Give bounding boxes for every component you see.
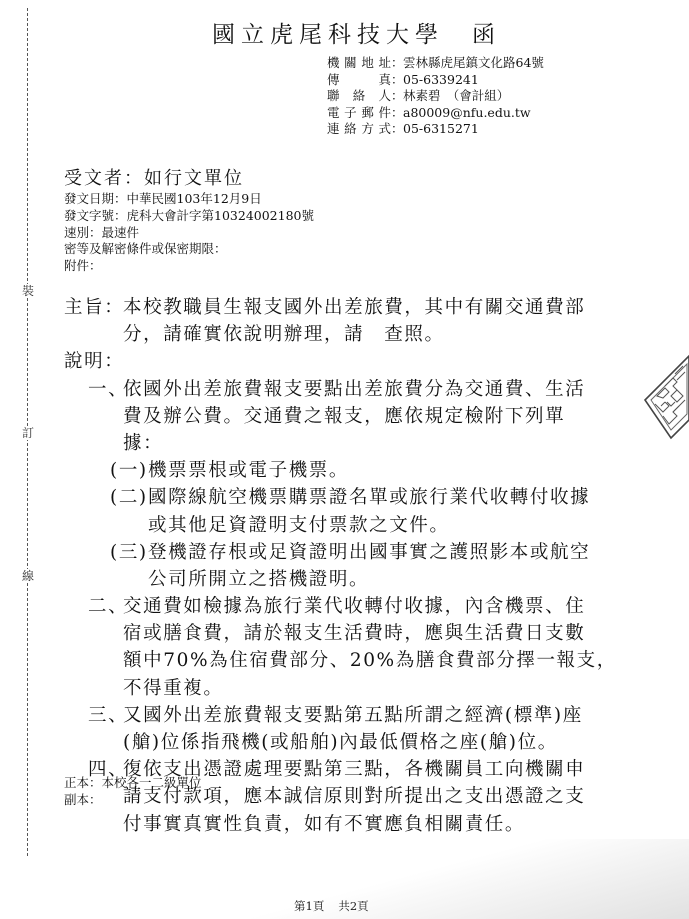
meta-speed: 速別：最速件 [64,225,314,242]
contact-label: 機關地址 [327,55,391,72]
explanation-label: 說明： [64,348,124,375]
meta-attachment: 附件： [64,258,314,275]
item-text: (艙)位係指飛機(或船舶)內最低價格之座(艙)位。 [123,729,558,756]
seal-stamp-icon [641,350,689,442]
subitem-text: 公司所開立之搭機證明。 [148,566,369,593]
meta-label: 發文字號： [64,208,127,223]
binding-mark-xian: 線 [20,569,36,583]
item-text: 依國外出差旅費報支要點出差旅費分為交通費、生活 [123,376,585,403]
meta-label: 速別： [64,225,102,240]
page-number: 第1頁 [294,899,324,913]
subject-text: 分，請確實依說明辦理，請 查照。 [123,321,445,348]
meta-value: 最速件 [102,225,140,240]
meta-value: 中華民國103年12月9日 [127,191,262,206]
recipient: 受文者：如行文單位 [64,164,244,190]
binding-mark-zhuang: 裝 [20,284,36,298]
contact-row-fax: 傳 真：05-6339241 [327,72,544,89]
meta-label: 附件： [64,258,102,273]
contact-row-person: 聯 絡 人：林素碧 （會計組） [327,88,544,105]
item-text: 據： [123,430,163,457]
meta-value: 虎科大會計字第10324002180號 [127,208,314,223]
contact-label: 連絡方式 [327,121,391,138]
duplicate-copy: 副本： [64,791,202,808]
item-text: 又國外出差旅費報支要點第五點所謂之經濟(標準)座 [123,702,583,729]
subitem-text: 或其他足資證明支付票款之文件。 [148,512,450,539]
subitem-text: 登機證存根或足資證明出國事實之護照影本或航空 [148,539,590,566]
recipient-value: 如行文單位 [144,168,244,189]
contact-label: 電子郵件 [327,105,391,122]
subitem-marker: (一) [110,457,148,484]
contact-value: 林素碧 （會計組） [403,88,509,105]
subitem-text: 機票票根或電子機票。 [148,457,349,484]
subitem-marker: (二) [110,484,148,511]
subitem-marker: (三) [110,539,148,566]
contact-value: 05-6315271 [403,121,479,138]
contact-label: 傳 真 [327,72,391,89]
item-text: 宿或膳食費，請於報支生活費時，應與生活費日支數 [123,620,585,647]
original-copy: 正本：本校各一二級單位 [64,774,202,791]
contact-row-phone: 連絡方式：05-6315271 [327,121,544,138]
item-text: 交通費如檢據為旅行業代收轉付收據，內含機票、住 [123,593,585,620]
document-meta: 發文日期：中華民國103年12月9日 發文字號：虎科大會計字第103240021… [64,191,314,275]
meta-classification: 密等及解密條件或保密期限： [64,241,314,258]
contact-row-address: 機關地址：雲林縣虎尾鎮文化路64號 [327,55,544,72]
contact-label: 聯 絡 人 [327,88,391,105]
item-text: 費及辦公費。交通費之報支，應依規定檢附下列單 [123,403,565,430]
item-text: 付事實真實性負責，如有不實應負相關責任。 [123,811,525,838]
document-title: 國立虎尾科技大學函 [212,16,501,49]
item-text: 不得重複。 [123,675,224,702]
binding-mark-ding: 訂 [20,426,36,440]
subject-text: 本校教職員生報支國外出差旅費，其中有關交通費部 [123,294,585,321]
item-text: 額中70%為住宿費部分、20%為膳食費部分擇一報支， [123,647,617,674]
contact-value: a80009@nfu.edu.tw [403,105,531,122]
copy-label: 正本： [64,775,102,790]
meta-label: 發文日期： [64,191,127,206]
contact-value: 雲林縣虎尾鎮文化路64號 [403,55,544,72]
contact-block: 機關地址：雲林縣虎尾鎮文化路64號 傳 真：05-6339241 聯 絡 人：林… [327,55,544,138]
subject-label: 主旨： [64,294,124,321]
meta-date: 發文日期：中華民國103年12月9日 [64,191,314,208]
copy-value: 本校各一二級單位 [102,775,202,790]
contact-value: 05-6339241 [403,72,479,89]
page-total: 共2頁 [338,899,368,913]
organization-name: 國立虎尾科技大學 [212,22,444,48]
distribution-list: 正本：本校各一二級單位 副本： [64,774,202,808]
subitem-text: 國際線航空機票購票證名單或旅行業代收轉付收據 [148,484,590,511]
copy-label: 副本： [64,792,102,807]
page-footer: 第1頁共2頁 [294,898,369,914]
document-type: 函 [472,22,501,48]
meta-doc-number: 發文字號：虎科大會計字第10324002180號 [64,208,314,225]
recipient-label: 受文者： [64,168,144,189]
meta-label: 密等及解密條件或保密期限： [64,241,227,256]
contact-row-email: 電子郵件：a80009@nfu.edu.tw [327,105,544,122]
